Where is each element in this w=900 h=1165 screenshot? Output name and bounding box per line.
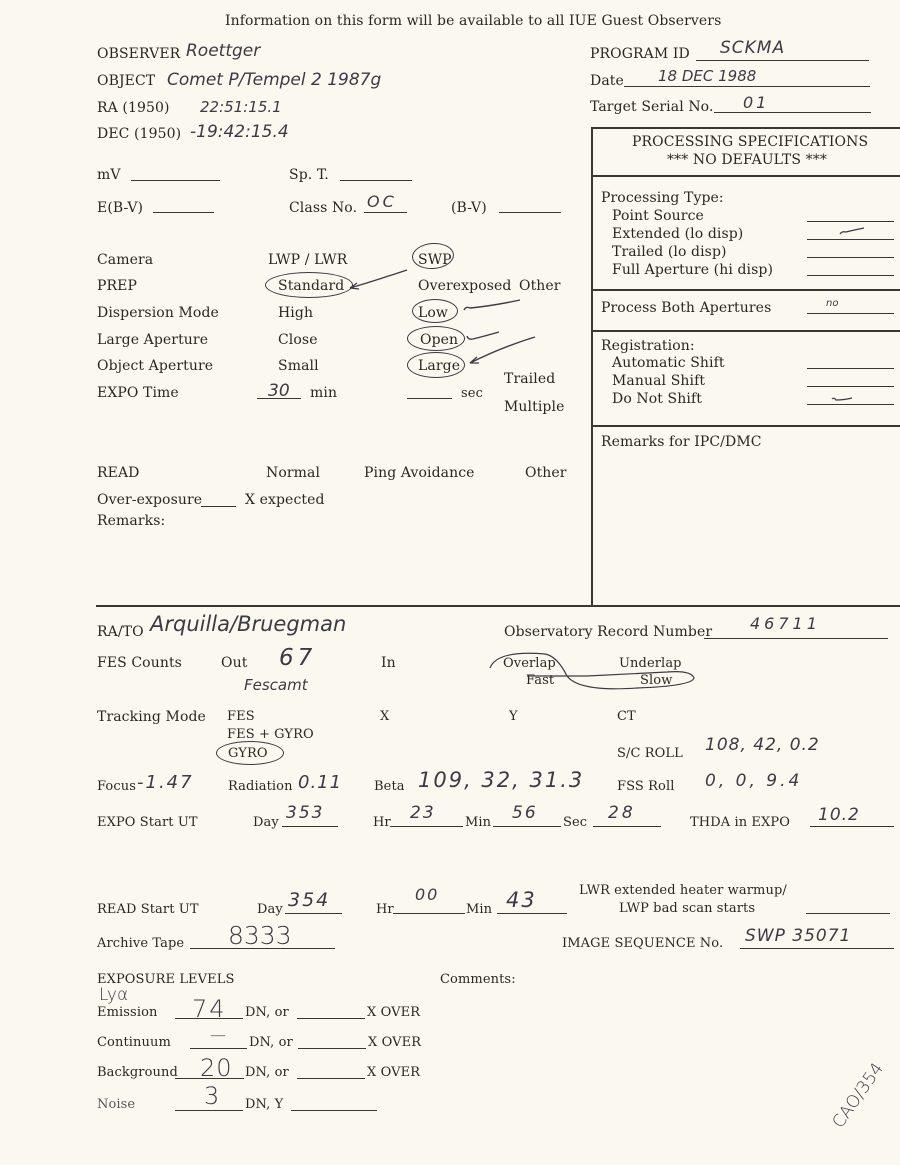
selection-circle [407,326,465,351]
ebv-label: E(B-V) [97,200,143,216]
type-full-aperture-field[interactable] [807,275,894,276]
dec-label: DEC (1950) [97,126,181,142]
expo-time-label: EXPO Time [97,385,179,401]
mv-field[interactable] [131,180,220,181]
selection-circle [216,741,284,765]
background-over-field[interactable] [297,1078,365,1079]
expo-sec-field[interactable] [407,398,452,399]
box-divider-2 [592,289,900,291]
background-label: Background [97,1065,178,1081]
ra-field[interactable]: 22:51:15.1 [200,98,282,116]
image-seq-label: IMAGE SEQUENCE No. [562,936,723,952]
spt-field[interactable] [340,180,412,181]
comments-label: Comments: [440,972,516,988]
remarks-label: Remarks: [97,513,165,529]
camera-label: Camera [97,252,153,268]
object-field[interactable]: Comet P/Tempel 2 1987g [167,70,381,90]
date-field[interactable] [624,86,870,87]
bv-field[interactable] [499,212,561,213]
image-seq-value: SWP 35071 [745,926,851,946]
noise-label: Noise [97,1097,135,1113]
noise-dn-field[interactable] [175,1110,243,1111]
trailed-option[interactable]: Trailed [504,371,555,387]
thda-field[interactable] [810,826,894,827]
prep-label: PREP [97,278,137,294]
expo-hr-label: Hr [373,815,391,831]
lwr-heater-field[interactable] [806,913,890,914]
read-start-label: READ Start UT [97,902,199,918]
program-id-field[interactable] [696,60,869,61]
box-divider-4 [592,425,900,427]
overexposure-label: Over-exposure [97,492,202,508]
thda-label: THDA in EXPO [690,815,790,831]
serial-value: 01 [743,93,769,112]
tracking-option-fes[interactable]: FES [227,709,255,725]
bv-label: (B-V) [451,200,487,216]
expo-min-start-field[interactable] [493,826,561,827]
selection-circle [265,272,353,298]
class-value: OC [367,192,397,211]
reg-manual-field[interactable] [807,386,894,387]
large-aperture-option-close[interactable]: Close [278,332,318,348]
ipc-remarks-label: Remarks for IPC/DMC [601,434,762,450]
radiation-label: Radiation [228,779,293,795]
type-point-source-field[interactable] [807,221,894,222]
observer-label: OBSERVER [97,46,180,62]
dn-or-label: DN, or [245,1065,289,1081]
thda-value: 10.2 [818,805,860,825]
reg-auto-label: Automatic Shift [612,355,725,371]
archive-tape-field[interactable] [190,948,335,949]
expo-min-start-value: 56 [512,803,538,823]
beta-label: Beta [374,779,405,795]
x-over-label: X OVER [368,1035,421,1051]
focus-label: Focus [97,779,136,795]
read-day-value: 354 [288,889,330,911]
focus-value: -1.47 [137,772,194,793]
obs-record-value: 46711 [750,614,821,633]
sc-roll-value: 108, 42, 0.2 [705,735,820,755]
prep-option-other[interactable]: Other [519,278,561,294]
lwp-bad-scan-label: LWP bad scan starts [619,901,755,917]
continuum-label: Continuum [97,1035,171,1051]
fss-roll-value: 0, 0, 9.4 [705,771,802,791]
overexposure-field[interactable] [201,506,236,507]
box-divider-3 [592,330,900,332]
type-trailed-label: Trailed (lo disp) [612,244,727,260]
expo-sec-label: Sec [563,815,587,831]
emission-label: Emission [97,1005,157,1021]
read-hr-label: Hr [376,902,394,918]
fss-roll-label: FSS Roll [617,779,674,795]
date-value: 18 DEC 1988 [658,67,756,85]
large-aperture-label: Large Aperture [97,332,208,348]
x-over-label: X OVER [367,1005,420,1021]
check-mark-icon [467,335,539,369]
ra-label: RA (1950) [97,100,170,116]
expo-hr-field[interactable] [390,826,463,827]
multiple-option[interactable]: Multiple [504,399,564,415]
object-label: OBJECT [97,73,155,89]
processing-title: PROCESSING SPECIFICATIONS [632,134,868,150]
fes-counts-label: FES Counts [97,655,182,671]
dec-field[interactable]: -19:42:15.4 [190,122,289,142]
mv-label: mV [97,167,121,183]
noise-y-field[interactable] [291,1110,377,1111]
class-field[interactable] [364,212,407,213]
form-notice: Information on this form will be availab… [225,13,721,29]
emission-note: Lyα [99,985,128,1005]
processing-subtitle: *** NO DEFAULTS *** [667,152,827,168]
process-both-value: no [826,298,838,309]
read-hr-field[interactable] [393,913,465,914]
continuum-over-field[interactable] [298,1048,366,1049]
selection-circle [412,299,458,323]
read-min-label: Min [466,902,492,918]
expo-start-label: EXPO Start UT [97,815,198,831]
type-extended-label: Extended (lo disp) [612,226,743,242]
read-option-ping-avoidance[interactable]: Ping Avoidance [364,465,475,481]
section-divider [96,605,900,607]
fes-out-value: 67 [279,645,316,671]
expo-hr-value: 23 [410,803,436,823]
type-point-source-label: Point Source [612,208,704,224]
type-trailed-field[interactable] [807,257,894,258]
continuum-dn-value: — [210,1025,226,1044]
fes-out-label: Out [221,655,247,671]
type-full-aperture-label: Full Aperture (hi disp) [612,262,773,278]
sc-roll-label: S/C ROLL [617,746,683,762]
expo-sec-start-field[interactable] [593,826,661,827]
rato-field[interactable]: Arquilla/Bruegman [150,612,346,636]
date-label: Date [590,73,624,89]
overexposure-suffix: X expected [245,492,325,508]
read-min-field[interactable] [497,913,567,914]
camera-option-lwp-lwr[interactable]: LWP / LWR [268,252,347,268]
box-left-border [591,127,593,606]
noise-dn-value: 3 [204,1082,219,1110]
processing-type-label: Processing Type: [601,190,724,206]
read-day-label: Day [257,902,283,918]
check-mark-icon [462,298,524,314]
expo-day-label: Day [253,815,279,831]
expo-sec-start-value: 28 [608,803,636,823]
process-both-field[interactable] [807,313,894,314]
read-hr-value: 00 [415,885,439,904]
beta-value: 109, 32, 31.3 [418,768,584,792]
margin-note: CAO/354 [829,1059,888,1132]
dispersion-label: Dispersion Mode [97,305,219,321]
fes-in-label: In [381,655,396,671]
obs-record-field[interactable] [704,638,888,639]
dn-or-label: DN, or [249,1035,293,1051]
read-day-field[interactable] [285,913,342,914]
reg-noshift-field[interactable] [807,404,894,405]
read-option-other[interactable]: Other [525,465,567,481]
expo-day-field[interactable] [282,826,338,827]
read-label: READ [97,465,140,481]
program-id-label: PROGRAM ID [590,46,690,62]
expo-min-field[interactable] [257,398,301,399]
dispersion-option-high[interactable]: High [278,305,313,321]
background-dn-field[interactable] [175,1078,244,1079]
continuum-dn-field[interactable] [190,1048,247,1049]
check-mark-icon [830,394,856,404]
read-option-normal[interactable]: Normal [266,465,320,481]
emission-over-field[interactable] [297,1018,365,1019]
observer-field[interactable]: Roettger [186,41,260,61]
process-both-label: Process Both Apertures [601,300,771,316]
read-min-value: 43 [506,888,537,912]
archive-tape-label: Archive Tape [97,936,184,952]
ebv-field[interactable] [153,212,214,213]
expo-min-label: Min [465,815,491,831]
x-over-label: X OVER [367,1065,420,1081]
min-label: min [310,385,337,401]
noise-suffix: DN, Y [245,1097,283,1113]
box-top-border [592,127,900,129]
class-label: Class No. [289,200,357,216]
y-label: Y [509,709,518,725]
check-mark-icon [347,268,411,294]
rato-label: RA/TO [97,624,144,640]
dn-or-label: DN, or [245,1005,289,1021]
selection-loop-icon [487,648,699,694]
selection-circle [407,352,465,378]
radiation-value: 0.11 [298,772,342,793]
registration-label: Registration: [601,338,695,354]
emission-dn-field[interactable] [175,1018,243,1019]
serial-field[interactable] [714,112,871,113]
expo-day-value: 353 [286,803,324,823]
reg-auto-field[interactable] [807,368,894,369]
archive-tape-value: 8333 [228,921,292,950]
object-aperture-label: Object Aperture [97,358,213,374]
ct-label: CT [617,709,636,725]
object-aperture-option-small[interactable]: Small [278,358,319,374]
fes-out-note: Fescamt [244,676,308,694]
lwr-heater-label: LWR extended heater warmup/ [579,883,787,899]
box-divider-1 [592,175,900,177]
type-extended-field[interactable] [807,239,894,240]
tracking-mode-label: Tracking Mode [97,709,206,725]
serial-label: Target Serial No. [590,99,714,115]
check-mark-icon [838,226,868,238]
reg-noshift-label: Do Not Shift [612,391,702,407]
program-id-value: SCKMA [720,38,785,58]
obs-record-label: Observatory Record Number [504,624,712,640]
sec-label: sec [461,386,483,402]
prep-option-overexposed[interactable]: Overexposed [418,278,511,294]
x-label: X [380,709,389,725]
image-seq-field[interactable] [740,948,894,949]
spt-label: Sp. T. [289,167,329,183]
reg-manual-label: Manual Shift [612,373,705,389]
